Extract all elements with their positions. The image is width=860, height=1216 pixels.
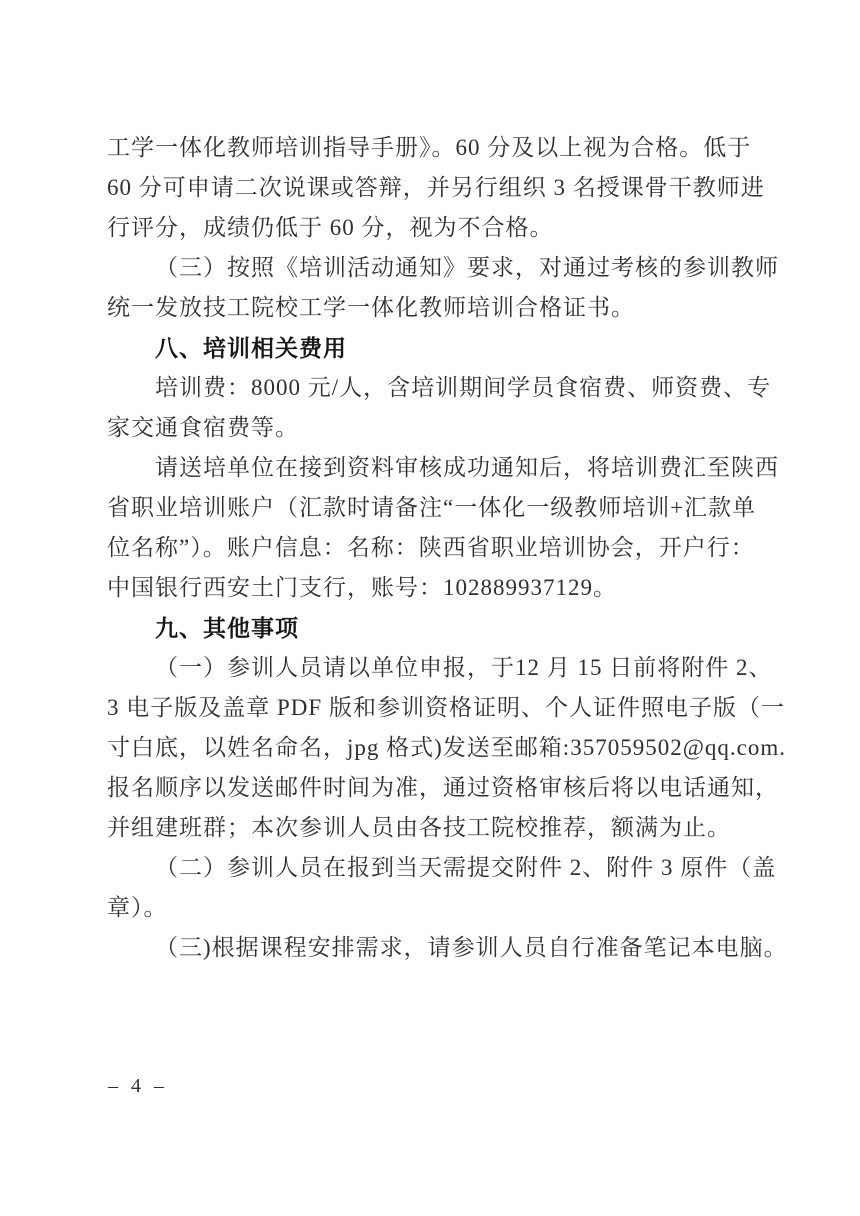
section-heading: 九、其他事项 xyxy=(107,608,775,648)
text-line: 寸白底，以姓名命名，jpg 格式)发送至邮箱:357059502@qq.com. xyxy=(107,728,775,768)
text-line: （一）参训人员请以单位申报，于12 月 15 日前将附件 2、 xyxy=(107,648,775,688)
text-line: 请送培单位在接到资料审核成功通知后，将培训费汇至陕西 xyxy=(107,448,775,488)
text-line: 家交通食宿费等。 xyxy=(107,408,775,448)
text-line: （三）按照《培训活动通知》要求，对通过考核的参训教师 xyxy=(107,248,775,288)
text-line: 行评分，成绩仍低于 60 分，视为不合格。 xyxy=(107,208,775,248)
text-line: 3 电子版及盖章 PDF 版和参训资格证明、个人证件照电子版（一 xyxy=(107,688,775,728)
page-footer: – 4 – xyxy=(108,1072,168,1100)
text-line: （二）参训人员在报到当天需提交附件 2、附件 3 原件（盖 xyxy=(107,848,775,888)
text-line: 统一发放技工院校工学一体化教师培训合格证书。 xyxy=(107,288,775,328)
section-heading: 八、培训相关费用 xyxy=(107,328,775,368)
text-line: 并组建班群；本次参训人员由各技工院校推荐，额满为止。 xyxy=(107,808,775,848)
text-line: （三)根据课程安排需求，请参训人员自行准备笔记本电脑。 xyxy=(107,928,775,968)
text-line: 位名称”）。账户信息：名称：陕西省职业培训协会，开户行： xyxy=(107,528,775,568)
text-line: 省职业培训账户（汇款时请备注“一体化一级教师培训+汇款单 xyxy=(107,488,775,528)
document-page: 工学一体化教师培训指导手册》。60 分及以上视为合格。低于60 分可申请二次说课… xyxy=(0,0,860,1216)
document-body: 工学一体化教师培训指导手册》。60 分及以上视为合格。低于60 分可申请二次说课… xyxy=(107,128,775,968)
page-number: – 4 – xyxy=(108,1075,168,1097)
text-line: 60 分可申请二次说课或答辩，并另行组织 3 名授课骨干教师进 xyxy=(107,168,775,208)
text-line: 工学一体化教师培训指导手册》。60 分及以上视为合格。低于 xyxy=(107,128,775,168)
text-line: 报名顺序以发送邮件时间为准，通过资格审核后将以电话通知， xyxy=(107,768,775,808)
text-line: 培训费：8000 元/人，含培训期间学员食宿费、师资费、专 xyxy=(107,368,775,408)
text-line: 章）。 xyxy=(107,888,775,928)
text-line: 中国银行西安土门支行，账号：102889937129。 xyxy=(107,568,775,608)
